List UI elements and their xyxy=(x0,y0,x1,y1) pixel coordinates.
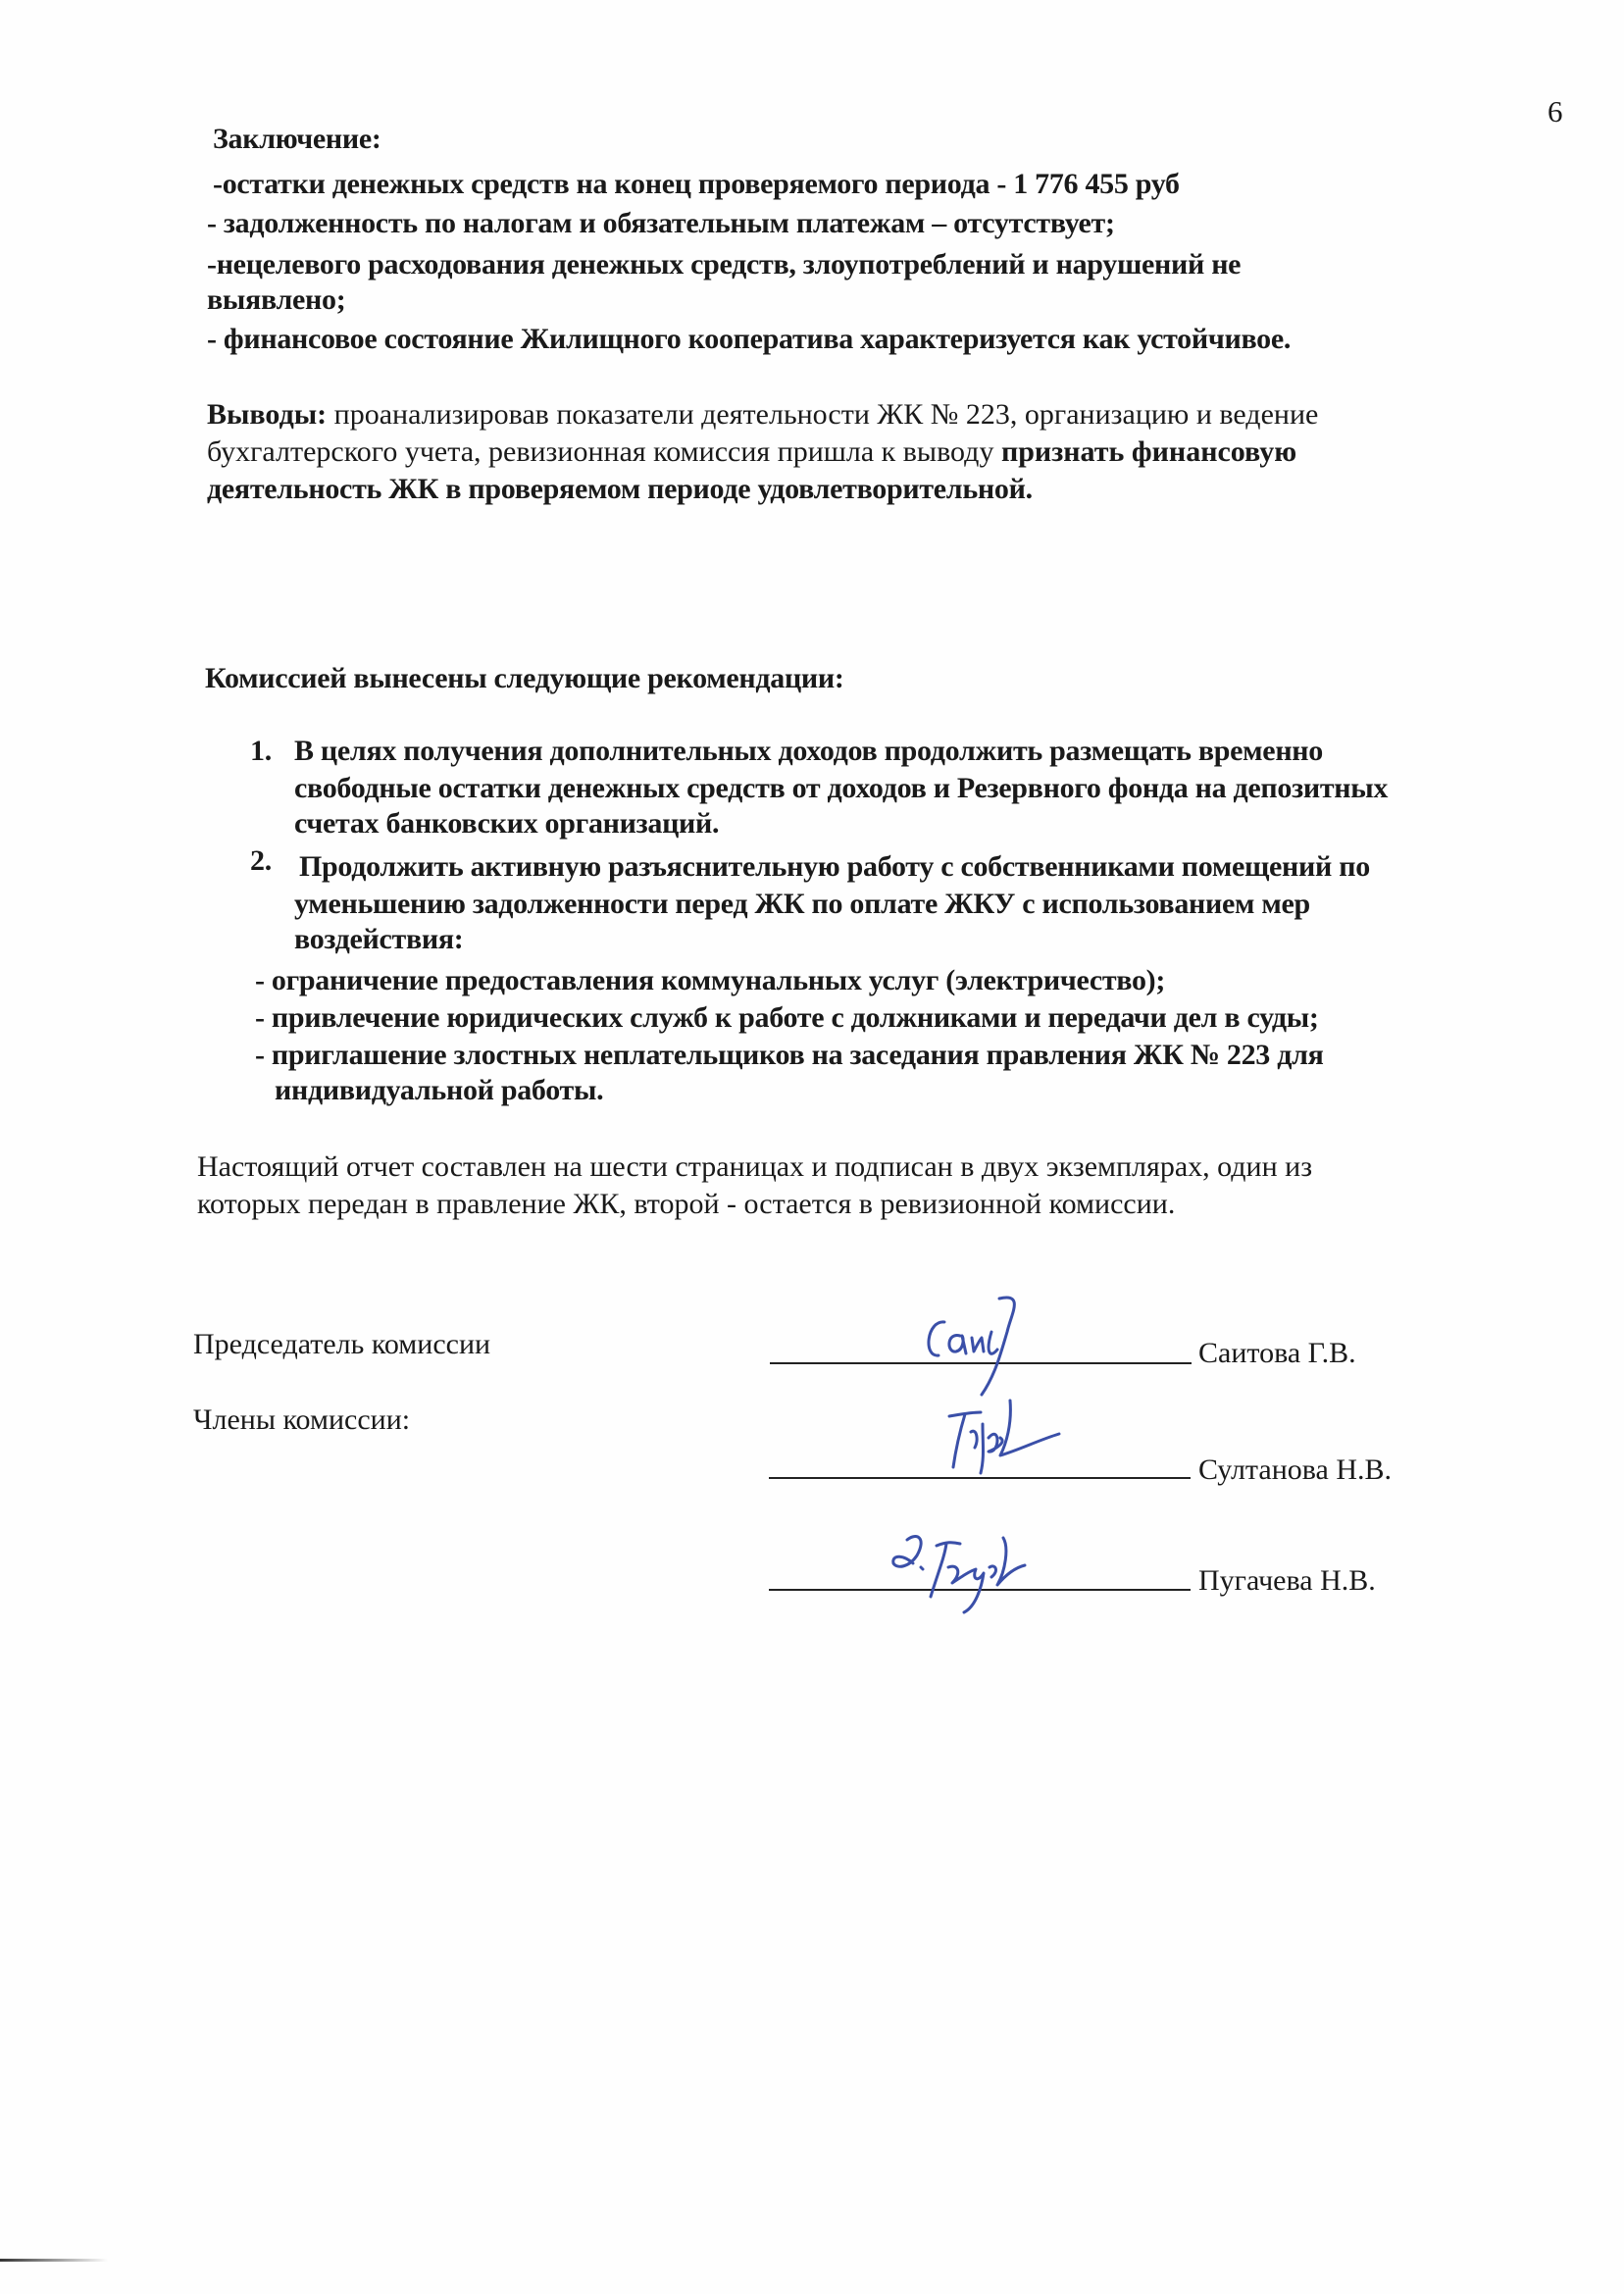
recommendation-line: воздействия: xyxy=(294,922,463,957)
measure-item: - приглашение злостных неплательщиков на… xyxy=(255,1038,1324,1073)
findings-verdict: деятельность ЖК в проверяемом периоде уд… xyxy=(207,472,1033,507)
recommendation-line: Продолжить активную разъяснительную рабо… xyxy=(299,849,1370,885)
members-label: Члены комиссии: xyxy=(193,1402,410,1438)
measure-item: - ограничение предоставления коммунальны… xyxy=(255,963,1165,998)
recommendation-line: уменьшению задолженности перед ЖК по опл… xyxy=(294,887,1310,922)
recommendation-number: 2. xyxy=(250,843,272,879)
recommendation-line: счетах банковских организаций. xyxy=(294,806,719,841)
conclusion-item: -остатки денежных средств на конец прове… xyxy=(213,167,1180,202)
findings-label: Выводы: xyxy=(207,398,327,431)
findings-line-2: бухгалтерского учета, ревизионная комисс… xyxy=(207,434,1296,470)
recommendation-line: В целях получения дополнительных доходов… xyxy=(294,734,1323,769)
signature-pugacheva xyxy=(888,1528,1035,1621)
signer-name: Султанова Н.В. xyxy=(1198,1453,1392,1488)
document-page: 6 Заключение: -остатки денежных средств … xyxy=(0,0,1624,2294)
closing-line: Настоящий отчет составлен на шести стран… xyxy=(197,1149,1312,1185)
signer-name: Саитова Г.В. xyxy=(1198,1336,1356,1371)
conclusion-item: -нецелевого расходования денежных средст… xyxy=(207,247,1241,282)
scan-page-edge xyxy=(0,2259,108,2262)
page-number: 6 xyxy=(1548,94,1563,129)
signature-saitova xyxy=(917,1293,1044,1405)
recommendation-number: 1. xyxy=(250,734,272,769)
measure-item: - привлечение юридических служб к работе… xyxy=(255,1000,1319,1036)
recommendation-line: свободные остатки денежных средств от до… xyxy=(294,771,1388,806)
findings-text: бухгалтерского учета, ревизионная комисс… xyxy=(207,435,1001,468)
findings-text: проанализировав показатели деятельности … xyxy=(327,398,1318,431)
signer-name: Пугачева Н.В. xyxy=(1198,1563,1376,1599)
recommendations-heading: Комиссией вынесены следующие рекомендаци… xyxy=(205,661,844,696)
signature-sultanova xyxy=(941,1395,1069,1488)
measure-item: индивидуальной работы. xyxy=(275,1073,603,1108)
conclusion-item: выявлено; xyxy=(207,282,345,318)
closing-line: которых передан в правление ЖК, второй -… xyxy=(197,1187,1175,1222)
findings-line-1: Выводы: проанализировав показатели деяте… xyxy=(207,397,1318,433)
chair-label: Председатель комиссии xyxy=(193,1327,490,1362)
conclusion-item: - финансовое состояние Жилищного коопера… xyxy=(207,322,1291,357)
conclusion-heading: Заключение: xyxy=(213,122,381,157)
conclusion-item: - задолженность по налогам и обязательны… xyxy=(207,206,1115,241)
findings-bold-tail: признать финансовую xyxy=(1001,435,1296,468)
